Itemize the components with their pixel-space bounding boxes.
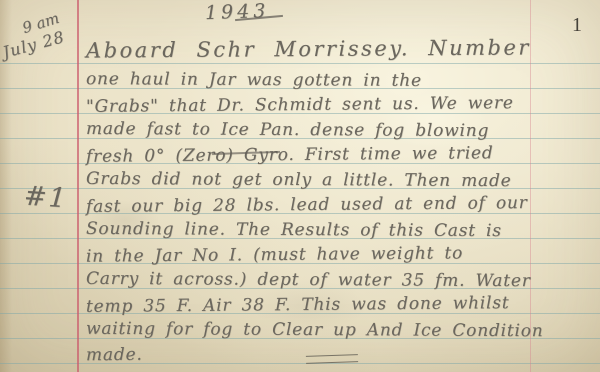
entry-line: fast our big 28 lbs. lead used at end of… <box>86 193 528 217</box>
entry-line: Sounding line. The Results of this Cast … <box>86 219 502 241</box>
entry-line: temp 35 F. Air 38 F. This was done whils… <box>86 293 510 317</box>
entry-heading-line: Aboard Schr Morrissey. Number <box>86 35 531 62</box>
left-margin-rule <box>77 0 79 372</box>
entry-line: "Grabs" that Dr. Schmidt sent us. We wer… <box>86 93 514 117</box>
entry-line: one haul in Jar was gotten in the <box>86 69 422 91</box>
entry-line: fresh 0° (Zero) Gyro. First time we trie… <box>86 143 494 167</box>
entry-line: Carry it across.) dept of water 35 fm. W… <box>86 269 531 291</box>
entry-line: made fast to Ice Pan. dense fog blowing <box>86 119 489 141</box>
entry-line: waiting for fog to Clear up And Ice Cond… <box>86 319 544 341</box>
printed-page-number: 1 <box>572 14 582 37</box>
entry-line: in the Jar No I. (must have weight to <box>86 243 463 266</box>
entry-line: Grabs did not get only a little. Then ma… <box>86 169 512 191</box>
entry-line: made. <box>86 345 143 365</box>
margin-number-note: #1 <box>23 181 69 215</box>
